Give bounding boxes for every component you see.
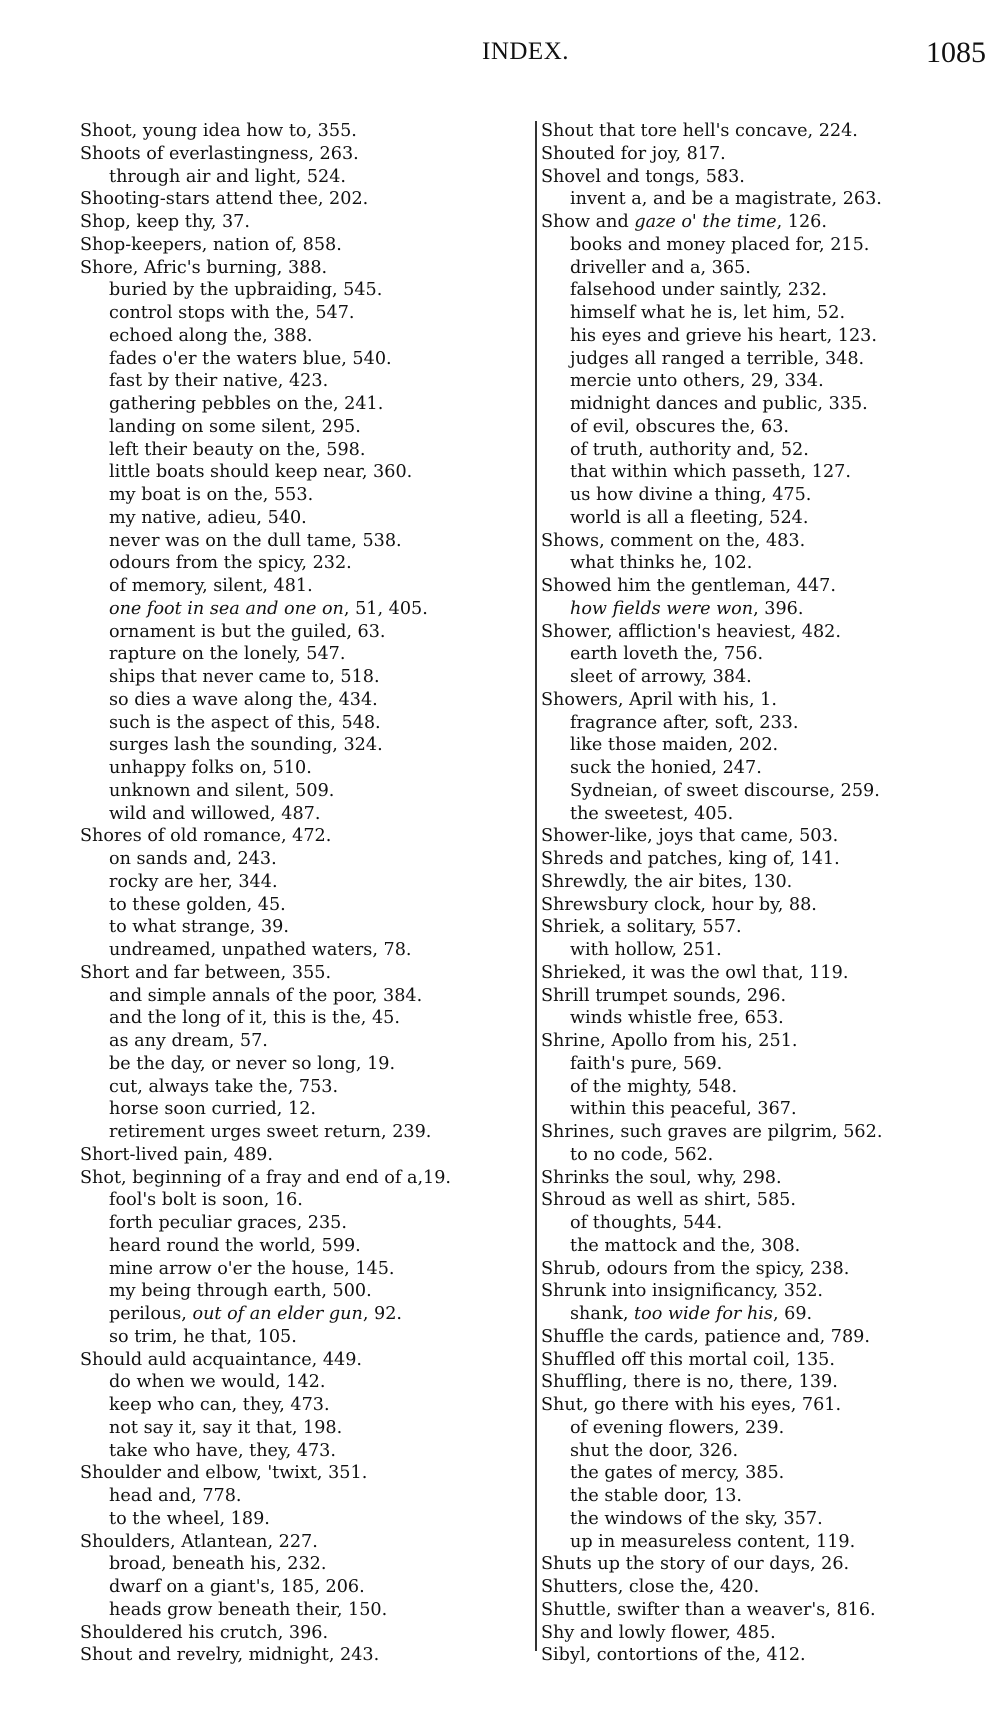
- index-subentry: driveller and a, 365.: [541, 257, 996, 280]
- index-column-left: Shoot, young idea how to, 355.Shoots of …: [80, 120, 530, 1667]
- index-entry: Shuts up the story of our days, 26.: [541, 1553, 996, 1576]
- index-subentry: little boats should keep near, 360.: [80, 461, 530, 484]
- index-subentry: not say it, say it that, 198.: [80, 1417, 530, 1440]
- index-entry: Shooting-stars attend thee, 202.: [80, 188, 530, 211]
- index-subentry: and simple annals of the poor, 384.: [80, 985, 530, 1008]
- index-subentry: the windows of the sky, 357.: [541, 1508, 996, 1531]
- index-subentry: shank, too wide for his, 69.: [541, 1303, 996, 1326]
- index-entry: Sibyl, contortions of the, 412.: [541, 1644, 996, 1667]
- index-subentry: broad, beneath his, 232.: [80, 1553, 530, 1576]
- index-subentry: heard round the world, 599.: [80, 1235, 530, 1258]
- index-subentry: earth loveth the, 756.: [541, 643, 996, 666]
- index-subentry: invent a, and be a magistrate, 263.: [541, 188, 996, 211]
- index-subentry: books and money placed for, 215.: [541, 234, 996, 257]
- index-entry: Shovel and tongs, 583.: [541, 166, 996, 189]
- index-subentry: himself what he is, let him, 52.: [541, 302, 996, 325]
- index-subentry: to the wheel, 189.: [80, 1508, 530, 1531]
- index-subentry: how fields were won, 396.: [541, 598, 996, 621]
- index-subentry: the mattock and the, 308.: [541, 1235, 996, 1258]
- index-subentry: with hollow, 251.: [541, 939, 996, 962]
- index-entry: Shows, comment on the, 483.: [541, 530, 996, 553]
- index-subentry: fragrance after, soft, 233.: [541, 712, 996, 735]
- index-column-right: Shout that tore hell's concave, 224.Shou…: [541, 120, 996, 1667]
- index-subentry: judges all ranged a terrible, 348.: [541, 348, 996, 371]
- index-subentry: horse soon curried, 12.: [80, 1098, 530, 1121]
- index-subentry: through air and light, 524.: [80, 166, 530, 189]
- index-subentry: and the long of it, this is the, 45.: [80, 1007, 530, 1030]
- index-entry: Shoulder and elbow, 'twixt, 351.: [80, 1462, 530, 1485]
- index-entry: Showed him the gentleman, 447.: [541, 575, 996, 598]
- index-subentry: shut the door, 326.: [541, 1440, 996, 1463]
- index-subentry: his eyes and grieve his heart, 123.: [541, 325, 996, 348]
- index-subentry: of thoughts, 544.: [541, 1212, 996, 1235]
- index-entry: Short and far between, 355.: [80, 962, 530, 985]
- index-entry: Shower, affliction's heaviest, 482.: [541, 621, 996, 644]
- index-subentry: echoed along the, 388.: [80, 325, 530, 348]
- index-subentry: landing on some silent, 295.: [80, 416, 530, 439]
- index-subentry: keep who can, they, 473.: [80, 1394, 530, 1417]
- index-entry: Showers, April with his, 1.: [541, 689, 996, 712]
- index-subentry: perilous, out of an elder gun, 92.: [80, 1303, 530, 1326]
- index-subentry: unhappy folks on, 510.: [80, 757, 530, 780]
- index-subentry: left their beauty on the, 598.: [80, 439, 530, 462]
- index-subentry: up in measureless content, 119.: [541, 1531, 996, 1554]
- index-subentry: winds whistle free, 653.: [541, 1007, 996, 1030]
- index-entry: Show and gaze o' the time, 126.: [541, 211, 996, 234]
- index-subentry: like those maiden, 202.: [541, 734, 996, 757]
- index-entry: Shreds and patches, king of, 141.: [541, 848, 996, 871]
- index-entry: Shout that tore hell's concave, 224.: [541, 120, 996, 143]
- index-subentry: the gates of mercy, 385.: [541, 1462, 996, 1485]
- index-entry: Shore, Afric's burning, 388.: [80, 257, 530, 280]
- index-subentry: gathering pebbles on the, 241.: [80, 393, 530, 416]
- index-subentry: faith's pure, 569.: [541, 1053, 996, 1076]
- index-subentry: within this peaceful, 367.: [541, 1098, 996, 1121]
- index-subentry: fool's bolt is soon, 16.: [80, 1189, 530, 1212]
- index-subentry: us how divine a thing, 475.: [541, 484, 996, 507]
- index-entry: Shut, go there with his eyes, 761.: [541, 1394, 996, 1417]
- index-entry: Shoulders, Atlantean, 227.: [80, 1531, 530, 1554]
- index-entry: Shriek, a solitary, 557.: [541, 916, 996, 939]
- index-entry: Shoots of everlastingness, 263.: [80, 143, 530, 166]
- index-subentry: my boat is on the, 553.: [80, 484, 530, 507]
- index-subentry: one foot in sea and one on, 51, 405.: [80, 598, 530, 621]
- index-subentry: undreamed, unpathed waters, 78.: [80, 939, 530, 962]
- running-head: INDEX. 1085: [0, 38, 1000, 78]
- index-subentry: of evening flowers, 239.: [541, 1417, 996, 1440]
- index-entry: Shrunk into insignificancy, 352.: [541, 1280, 996, 1303]
- index-subentry: midnight dances and public, 335.: [541, 393, 996, 416]
- index-subentry: retirement urges sweet return, 239.: [80, 1121, 530, 1144]
- index-entry: Shop, keep thy, 37.: [80, 211, 530, 234]
- index-subentry: of truth, authority and, 52.: [541, 439, 996, 462]
- index-subentry: dwarf on a giant's, 185, 206.: [80, 1576, 530, 1599]
- index-subentry: my being through earth, 500.: [80, 1280, 530, 1303]
- index-entry: Shout and revelry, midnight, 243.: [80, 1644, 530, 1667]
- index-subentry: so trim, he that, 105.: [80, 1326, 530, 1349]
- index-subentry: cut, always take the, 753.: [80, 1076, 530, 1099]
- index-entry: Shores of old romance, 472.: [80, 825, 530, 848]
- index-entry: Shouted for joy, 817.: [541, 143, 996, 166]
- index-subentry: suck the honied, 247.: [541, 757, 996, 780]
- page-title: INDEX.: [482, 38, 569, 66]
- page-number: 1085: [926, 36, 986, 70]
- index-subentry: ornament is but the guiled, 63.: [80, 621, 530, 644]
- index-subentry: be the day, or never so long, 19.: [80, 1053, 530, 1076]
- index-subentry: rocky are her, 344.: [80, 871, 530, 894]
- column-divider: [535, 121, 537, 1651]
- index-subentry: mercie unto others, 29, 334.: [541, 370, 996, 393]
- index-entry: Shuttle, swifter than a weaver's, 816.: [541, 1599, 996, 1622]
- index-subentry: falsehood under saintly, 232.: [541, 279, 996, 302]
- index-subentry: surges lash the sounding, 324.: [80, 734, 530, 757]
- index-entry: Shoot, young idea how to, 355.: [80, 120, 530, 143]
- index-subentry: that within which passeth, 127.: [541, 461, 996, 484]
- index-subentry: do when we would, 142.: [80, 1371, 530, 1394]
- index-subentry: world is all a fleeting, 524.: [541, 507, 996, 530]
- index-entry: Shot, beginning of a fray and end of a,1…: [80, 1167, 530, 1190]
- index-entry: Shrines, such graves are pilgrim, 562.: [541, 1121, 996, 1144]
- index-subentry: to these golden, 45.: [80, 894, 530, 917]
- index-subentry: head and, 778.: [80, 1485, 530, 1508]
- index-subentry: of the mighty, 548.: [541, 1076, 996, 1099]
- index-subentry: odours from the spicy, 232.: [80, 552, 530, 575]
- index-subentry: heads grow beneath their, 150.: [80, 1599, 530, 1622]
- index-entry: Shop-keepers, nation of, 858.: [80, 234, 530, 257]
- index-subentry: take who have, they, 473.: [80, 1440, 530, 1463]
- index-subentry: to no code, 562.: [541, 1144, 996, 1167]
- index-entry: Shuffling, there is no, there, 139.: [541, 1371, 996, 1394]
- index-subentry: sleet of arrowy, 384.: [541, 666, 996, 689]
- index-subentry: of evil, obscures the, 63.: [541, 416, 996, 439]
- index-entry: Shuffled off this mortal coil, 135.: [541, 1349, 996, 1372]
- index-entry: Shroud as well as shirt, 585.: [541, 1189, 996, 1212]
- index-subentry: never was on the dull tame, 538.: [80, 530, 530, 553]
- index-entry: Shy and lowly flower, 485.: [541, 1622, 996, 1645]
- index-subentry: unknown and silent, 509.: [80, 780, 530, 803]
- index-entry: Shouldered his crutch, 396.: [80, 1622, 530, 1645]
- index-subentry: buried by the upbraiding, 545.: [80, 279, 530, 302]
- index-entry: Shrieked, it was the owl that, 119.: [541, 962, 996, 985]
- index-subentry: fast by their native, 423.: [80, 370, 530, 393]
- index-subentry: such is the aspect of this, 548.: [80, 712, 530, 735]
- index-entry: Shrewsbury clock, hour by, 88.: [541, 894, 996, 917]
- index-subentry: control stops with the, 547.: [80, 302, 530, 325]
- index-subentry: the stable door, 13.: [541, 1485, 996, 1508]
- index-entry: Shutters, close the, 420.: [541, 1576, 996, 1599]
- index-entry: Shrill trumpet sounds, 296.: [541, 985, 996, 1008]
- index-entry: Shrub, odours from the spicy, 238.: [541, 1258, 996, 1281]
- index-subentry: wild and willowed, 487.: [80, 803, 530, 826]
- index-subentry: to what strange, 39.: [80, 916, 530, 939]
- index-subentry: ships that never came to, 518.: [80, 666, 530, 689]
- index-entry: Short-lived pain, 489.: [80, 1144, 530, 1167]
- index-subentry: mine arrow o'er the house, 145.: [80, 1258, 530, 1281]
- index-subentry: what thinks he, 102.: [541, 552, 996, 575]
- index-entry: Should auld acquaintance, 449.: [80, 1349, 530, 1372]
- index-subentry: Sydneian, of sweet discourse, 259.: [541, 780, 996, 803]
- index-subentry: forth peculiar graces, 235.: [80, 1212, 530, 1235]
- index-subentry: as any dream, 57.: [80, 1030, 530, 1053]
- index-subentry: so dies a wave along the, 434.: [80, 689, 530, 712]
- index-entry: Shrewdly, the air bites, 130.: [541, 871, 996, 894]
- index-subentry: fades o'er the waters blue, 540.: [80, 348, 530, 371]
- index-subentry: my native, adieu, 540.: [80, 507, 530, 530]
- index-entry: Shuffle the cards, patience and, 789.: [541, 1326, 996, 1349]
- index-subentry: of memory, silent, 481.: [80, 575, 530, 598]
- index-subentry: the sweetest, 405.: [541, 803, 996, 826]
- index-entry: Shrinks the soul, why, 298.: [541, 1167, 996, 1190]
- index-subentry: rapture on the lonely, 547.: [80, 643, 530, 666]
- index-entry: Shrine, Apollo from his, 251.: [541, 1030, 996, 1053]
- index-entry: Shower-like, joys that came, 503.: [541, 825, 996, 848]
- index-subentry: on sands and, 243.: [80, 848, 530, 871]
